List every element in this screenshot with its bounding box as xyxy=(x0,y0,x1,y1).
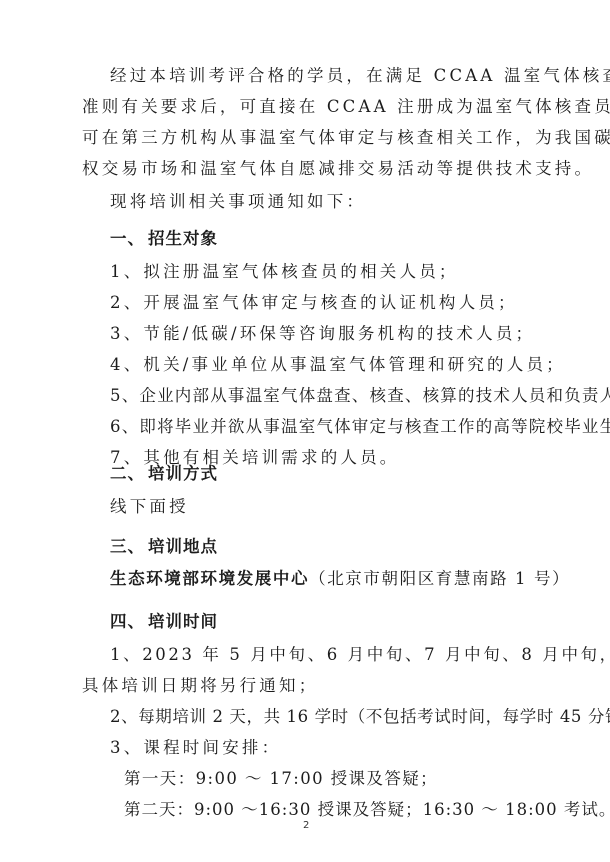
section-number: 二、 xyxy=(110,464,148,484)
intro-line-2: 准则有关要求后，可直接在 CCAA 注册成为温室气体核查员。注册后 xyxy=(82,97,610,117)
time-item-2: 2、每期培训 2 天，共 16 学时（不包括考试时间，每学时 45 分钟）； xyxy=(110,707,610,727)
notice-line: 现将培训相关事项通知如下： xyxy=(110,192,366,212)
schedule-day-2: 第二天：9:00 ～16:30 授课及答疑；16:30 ～ 18:00 考试。 xyxy=(124,800,610,820)
schedule-day-1: 第一天：9:00 ～ 17:00 授课及答疑； xyxy=(124,769,438,789)
intro-line-3: 可在第三方机构从事温室气体审定与核查相关工作，为我国碳排放 xyxy=(82,128,610,148)
section-heading-time: 四、培训时间 xyxy=(110,612,218,632)
section-title: 培训地点 xyxy=(148,537,218,556)
list-item: 6、即将毕业并欲从事温室气体审定与核查工作的高等院校毕业生； xyxy=(110,417,610,437)
section-heading-method: 二、培训方式 xyxy=(110,464,218,484)
document-page: 经过本培训考评合格的学员，在满足 CCAA 温室气体核查员注册 准则有关要求后，… xyxy=(0,0,610,862)
section-number: 三、 xyxy=(110,537,148,557)
list-item: 3、节能/低碳/环保等咨询服务机构的技术人员； xyxy=(110,324,535,344)
page-number: 2 xyxy=(303,820,309,831)
venue-line: 生态环境部环境发展中心（北京市朝阳区育慧南路 1 号） xyxy=(110,569,570,589)
section-title: 培训时间 xyxy=(148,612,218,631)
section-heading-venue: 三、培训地点 xyxy=(110,537,218,557)
list-item: 2、开展温室气体审定与核查的认证机构人员； xyxy=(110,293,518,313)
intro-line-4: 权交易市场和温室气体自愿减排交易活动等提供技术支持。 xyxy=(82,159,594,179)
time-item-1: 1、2023 年 5 月中旬、6 月中旬、7 月中旬、8 月中旬，共四期， xyxy=(110,645,610,665)
intro-line-1: 经过本培训考评合格的学员，在满足 CCAA 温室气体核查员注册 xyxy=(110,66,610,86)
venue-address: （北京市朝阳区育慧南路 1 号） xyxy=(309,569,570,588)
method-text: 线下面授 xyxy=(110,497,189,517)
time-item-1-cont: 具体培训日期将另行通知； xyxy=(82,676,318,696)
venue-name: 生态环境部环境发展中心 xyxy=(110,569,309,588)
section-title: 培训方式 xyxy=(148,464,218,483)
section-number: 四、 xyxy=(110,612,148,632)
section-number: 一、 xyxy=(110,229,148,249)
section-title: 招生对象 xyxy=(148,229,218,248)
list-item: 1、拟注册温室气体核查员的相关人员； xyxy=(110,262,459,282)
list-item: 4、机关/事业单位从事温室气体管理和研究的人员； xyxy=(110,355,566,375)
section-heading-recruitment: 一、招生对象 xyxy=(110,229,218,249)
time-item-3: 3、课程时间安排： xyxy=(110,738,281,758)
list-item: 5、企业内部从事温室气体盘查、核查、核算的技术人员和负责人； xyxy=(110,386,610,406)
